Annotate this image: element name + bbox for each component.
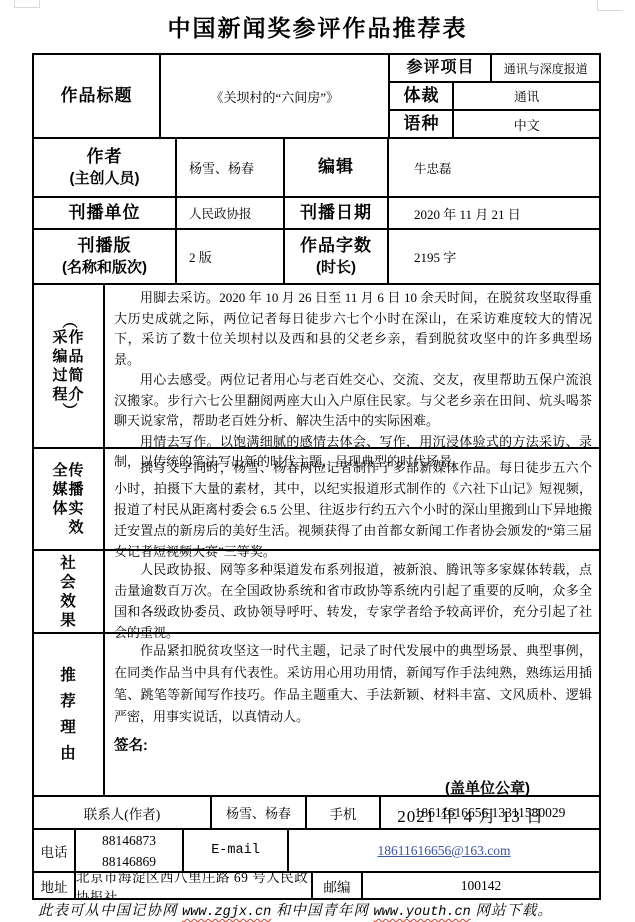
contact-value: 杨雪、杨春	[212, 797, 307, 828]
section-media-effect: 全传 媒播 体实 效 撰写文字同时，杨雪、杨春两位记者制作了多部新媒体作品。每日…	[34, 449, 599, 551]
author-value: 杨雪、杨春	[177, 139, 285, 196]
zgjx-url: www.zgjx.cn	[182, 905, 271, 920]
zip-label: 邮编	[313, 873, 363, 898]
social-effect-label-char: 社	[60, 554, 77, 573]
email-link[interactable]: 18611616656@163.com	[377, 843, 510, 859]
publish-date-label: 刊播日期	[285, 198, 389, 228]
editor-label: 编辑	[285, 139, 389, 196]
media-effect-label-row: 媒播	[52, 480, 84, 499]
editor-value: 牛忠磊	[389, 139, 599, 196]
row-address: 地址 北京市海淀区西八里庄路 69 号人民政协报社 邮编 100142	[34, 873, 599, 898]
row-work-title: 作品标题 《关坝村的“六间房”》 参评项目 通讯与深度报道 体裁 通讯 语种 中…	[34, 55, 599, 139]
download-note-text: 和中国青年网	[271, 903, 373, 919]
media-effect-label-row: 全传	[52, 461, 84, 480]
editing-process-label: （ 采作 编品 过简 程介 ）	[34, 285, 105, 447]
wordcount-label-line1: 作品字数	[300, 235, 372, 258]
paragraph: 用心去感受。两位记者用心与老百姓交心、交流、交友，夜里帮助五保户流浪汉搬家。步行…	[114, 370, 592, 432]
email-label: E-mail	[184, 830, 289, 871]
edition-label-line1: 刊播版	[78, 235, 132, 258]
row-edition-wordcount: 刊播版 (名称和版次) 2 版 作品字数 (时长) 2195 字	[34, 230, 599, 285]
media-effect-label: 全传 媒播 体实 效	[34, 449, 105, 549]
recommend-reason-text: 作品紧扣脱贫攻坚这一时代主题，记录了时代发展中的典型场景、典型事例，在同类作品当…	[105, 634, 599, 795]
address-label: 地址	[34, 873, 76, 898]
editing-process-label-row: 编品	[52, 347, 84, 366]
vertical-paren-open: （	[62, 313, 75, 329]
wordcount-label-line2: (时长)	[316, 258, 356, 278]
row-genre: 体裁 通讯	[390, 83, 599, 111]
phone-value: 88146873 88146869	[76, 830, 184, 871]
mobile-value: 18611616656 13311580029	[381, 797, 599, 828]
page-title: 中国新闻奖参评作品推荐表	[0, 10, 635, 43]
author-label-line1: 作者	[87, 146, 123, 169]
social-effect-text: 人民政协报、网等多种渠道发布系列报道，被新浪、腾讯等多家媒体转载，点击量逾数百万…	[105, 551, 599, 632]
row-language: 语种 中文	[390, 111, 599, 137]
row-category: 参评项目 通讯与深度报道	[390, 55, 599, 83]
mobile-label: 手机	[307, 797, 381, 828]
wordcount-label: 作品字数 (时长)	[285, 230, 389, 283]
row-publisher-date: 刊播单位 人民政协报 刊播日期 2020 年 11 月 21 日	[34, 198, 599, 230]
media-effect-label-row: 体实	[52, 499, 84, 518]
vertical-paren-close: ）	[62, 402, 75, 418]
wordcount-value: 2195 字	[389, 230, 599, 283]
paragraph: 用脚去采访。2020 年 10 月 26 日至 11 月 6 日 10 余天时间…	[114, 288, 592, 370]
section-recommend-reason: 推 荐 理 由 作品紧扣脱贫攻坚这一时代主题，记录了时代发展中的典型场景、典型事…	[34, 634, 599, 797]
phone-number-2: 88146869	[102, 851, 156, 872]
category-block: 参评项目 通讯与深度报道 体裁 通讯 语种 中文	[390, 55, 599, 137]
edition-label-line2: (名称和版次)	[62, 258, 147, 278]
section-social-effect: 社 会 效 果 人民政协报、网等多种渠道发布系列报道，被新浪、腾讯等多家媒体转载…	[34, 551, 599, 634]
recommend-reason-label: 推 荐 理 由	[34, 634, 105, 795]
download-note: 此表可从中国记协网 www.zgjx.cn 和中国青年网 www.youth.c…	[38, 899, 618, 920]
author-label: 作者 (主创人员)	[34, 139, 177, 196]
work-title-label: 作品标题	[34, 55, 161, 137]
recommend-reason-label-char: 理	[60, 715, 77, 741]
genre-value: 通讯	[454, 83, 599, 109]
row-contact: 联系人(作者) 杨雪、杨春 手机 18611616656 13311580029	[34, 797, 599, 830]
download-note-text: 此表可从中国记协网	[38, 903, 182, 919]
social-effect-label: 社 会 效 果	[34, 551, 105, 632]
scan-artifact-top-left	[14, 0, 40, 8]
recommend-reason-label-char: 由	[60, 741, 77, 767]
publish-date-value: 2020 年 11 月 21 日	[389, 198, 599, 228]
genre-label: 体裁	[390, 83, 454, 109]
paragraph: 作品紧扣脱贫攻坚这一时代主题，记录了时代发展中的典型场景、典型事例，在同类作品当…	[114, 640, 592, 728]
paragraph: 人民政协报、网等多种渠道发布系列报道，被新浪、腾讯等多家媒体转载，点击量逾数百万…	[114, 559, 592, 643]
download-note-text: 网站下载。	[471, 903, 553, 919]
media-effect-text: 撰写文字同时，杨雪、杨春两位记者制作了多部新媒体作品。每日徒步五六个小时，拍摄下…	[105, 449, 599, 549]
recommendation-form-table: 作品标题 《关坝村的“六间房”》 参评项目 通讯与深度报道 体裁 通讯 语种 中…	[32, 53, 601, 900]
author-label-line2: (主创人员)	[70, 169, 140, 189]
social-effect-label-char: 果	[60, 611, 77, 630]
publisher-label: 刊播单位	[34, 198, 177, 228]
editing-process-label-row: 过简	[52, 366, 84, 385]
category-label: 参评项目	[390, 55, 492, 81]
language-label: 语种	[390, 111, 454, 137]
row-author-editor: 作者 (主创人员) 杨雪、杨春 编辑 牛忠磊	[34, 139, 599, 198]
social-effect-label-char: 效	[60, 592, 77, 611]
recommend-reason-label-char: 荐	[60, 689, 77, 715]
media-effect-label-row: 效	[52, 518, 84, 537]
phone-number-1: 88146873	[102, 830, 156, 851]
contact-label: 联系人(作者)	[34, 797, 212, 828]
signature-label: 签名:	[114, 734, 592, 755]
publisher-value: 人民政协报	[177, 198, 285, 228]
section-editing-process: （ 采作 编品 过简 程介 ） 用脚去采访。2020 年 10 月 26 日至 …	[34, 285, 599, 449]
youth-url: www.youth.cn	[374, 905, 471, 920]
seal-note: (盖单位公章)	[114, 777, 592, 798]
email-cell: 18611616656@163.com	[289, 830, 599, 871]
document-page: 中国新闻奖参评作品推荐表 作品标题 《关坝村的“六间房”》 参评项目 通讯与深度…	[0, 0, 635, 922]
social-effect-label-char: 会	[60, 573, 77, 592]
edition-label: 刊播版 (名称和版次)	[34, 230, 177, 283]
row-phone-email: 电话 88146873 88146869 E-mail 18611616656@…	[34, 830, 599, 873]
phone-label: 电话	[34, 830, 76, 871]
address-value: 北京市海淀区西八里庄路 69 号人民政协报社	[76, 873, 313, 898]
language-value: 中文	[454, 111, 599, 137]
category-value: 通讯与深度报道	[492, 55, 599, 81]
editing-process-text: 用脚去采访。2020 年 10 月 26 日至 11 月 6 日 10 余天时间…	[105, 285, 599, 447]
work-title-value: 《关坝村的“六间房”》	[161, 55, 390, 137]
recommend-reason-label-char: 推	[60, 663, 77, 689]
paragraph: 撰写文字同时，杨雪、杨春两位记者制作了多部新媒体作品。每日徒步五六个小时，拍摄下…	[114, 457, 592, 562]
edition-value: 2 版	[177, 230, 285, 283]
zip-value: 100142	[363, 873, 599, 898]
editing-process-label-row: 采作	[52, 328, 84, 347]
editing-process-label-row: 程介	[52, 385, 84, 404]
